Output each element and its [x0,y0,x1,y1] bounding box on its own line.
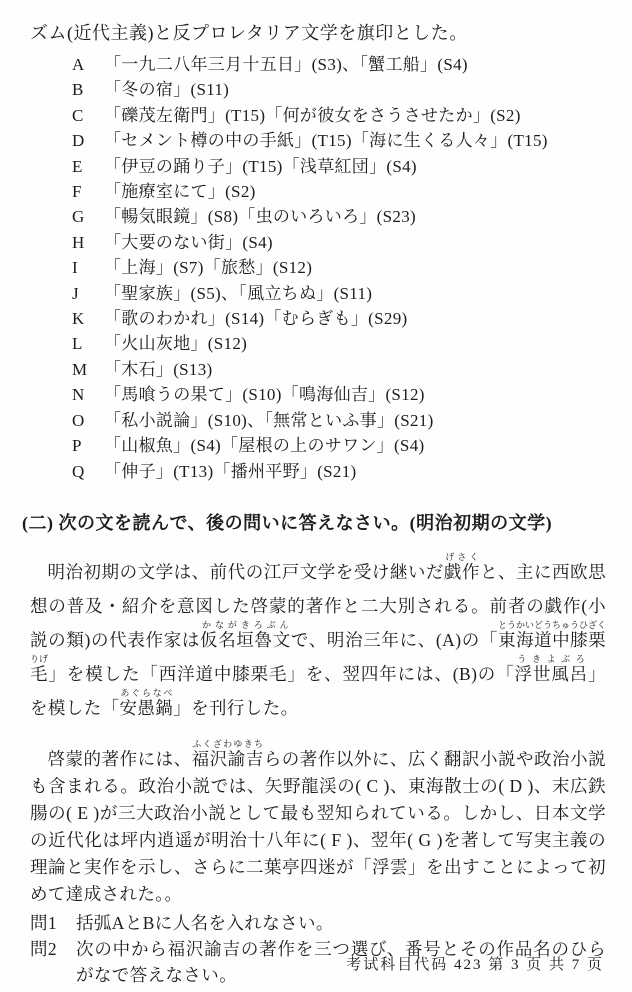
work-titles: 「山椒魚」(S4)「屋根の上のサワン」(S4) [104,433,606,458]
list-item: L「火山灰地」(S12) [30,331,606,356]
ruby-term: 浮世風呂うきよぶろ [515,664,589,684]
list-item: D「セメント樽の中の手紙」(T15)「海に生くる人々」(T15) [30,128,606,153]
work-letter: Q [72,459,104,484]
list-item: C「礫茂左衛門」(T15)「何が彼女をさうさせたか」(S2) [30,103,606,128]
work-letter: J [72,281,104,306]
work-titles: 「聖家族」(S5)、「風立ちぬ」(S11) [104,281,606,306]
ruby-term: 安愚鍋あぐらなべ [120,698,174,718]
question-label: 問2 [30,936,76,962]
work-titles: 「伊豆の踊り子」(T15)「浅草紅団」(S4) [104,154,606,179]
work-letter: L [72,331,104,356]
work-letter: C [72,103,104,128]
list-item: N「馬喰うの果て」(S10)「鳴海仙吉」(S12) [30,382,606,407]
work-letter: E [72,154,104,179]
list-item: P「山椒魚」(S4)「屋根の上のサワン」(S4) [30,433,606,458]
ruby-term: 戯作げさく [444,562,480,582]
list-item: A「一九二八年三月十五日」(S3)、「蟹工船」(S4) [30,52,606,77]
work-letter: H [72,230,104,255]
work-letter: A [72,52,104,77]
work-titles: 「木石」(S13) [104,357,606,382]
questions: 問1括弧AとBに人名を入れなさい。問2次の中から福沢諭吉の著作を三つ選び、番号と… [30,910,606,988]
ruby-term: 福沢諭吉ふくざわゆきち [192,749,264,769]
list-item: Q「伸子」(T13)「播州平野」(S21) [30,459,606,484]
work-titles: 「施療室にて」(S2) [104,179,606,204]
list-item: J「聖家族」(S5)、「風立ちぬ」(S11) [30,281,606,306]
work-letter: G [72,204,104,229]
work-letter: N [72,382,104,407]
work-titles: 「伸子」(T13)「播州平野」(S21) [104,459,606,484]
paragraph-2: 啓蒙的著作には、福沢諭吉ふくざわゆきちらの著作以外に、広く翻訳小説や政治小説も含… [30,739,606,908]
section-heading: (二) 次の文を読んで、後の問いに答えなさい。(明治初期の文学) [22,510,606,536]
list-item: I「上海」(S7)「旅愁」(S12) [30,255,606,280]
works-list: A「一九二八年三月十五日」(S3)、「蟹工船」(S4)B「冬の宿」(S11)C「… [30,52,606,484]
question-row: 問1括弧AとBに人名を入れなさい。 [30,910,606,936]
work-letter: O [72,408,104,433]
list-item: H「大要のない街」(S4) [30,230,606,255]
work-letter: I [72,255,104,280]
work-titles: 「セメント樽の中の手紙」(T15)「海に生くる人々」(T15) [104,128,606,153]
work-titles: 「歌のわかれ」(S14)「むらぎも」(S29) [104,306,606,331]
question-text: 括弧AとBに人名を入れなさい。 [76,910,606,936]
top-paragraph-continuation: ズム(近代主義)と反プロレタリア文学を旗印とした。 [30,20,606,46]
ruby-term: 仮名垣魯文かながきろぶん [200,630,291,650]
list-item: F「施療室にて」(S2) [30,179,606,204]
work-titles: 「上海」(S7)「旅愁」(S12) [104,255,606,280]
list-item: K「歌のわかれ」(S14)「むらぎも」(S29) [30,306,606,331]
list-item: E「伊豆の踊り子」(T15)「浅草紅団」(S4) [30,154,606,179]
work-titles: 「大要のない街」(S4) [104,230,606,255]
work-letter: K [72,306,104,331]
question-label: 問1 [30,910,76,936]
work-titles: 「礫茂左衛門」(T15)「何が彼女をさうさせたか」(S2) [104,103,606,128]
work-letter: D [72,128,104,153]
exam-page: ズム(近代主義)と反プロレタリア文学を旗印とした。 A「一九二八年三月十五日」(… [0,0,632,992]
work-letter: P [72,433,104,458]
work-titles: 「冬の宿」(S11) [104,77,606,102]
list-item: B「冬の宿」(S11) [30,77,606,102]
list-item: G「暢気眼鏡」(S8)「虫のいろいろ」(S23) [30,204,606,229]
work-titles: 「一九二八年三月十五日」(S3)、「蟹工船」(S4) [104,52,606,77]
work-letter: B [72,77,104,102]
work-titles: 「火山灰地」(S12) [104,331,606,356]
work-letter: F [72,179,104,204]
work-titles: 「私小説論」(S10)、「無常といふ事」(S21) [104,408,606,433]
work-titles: 「馬喰うの果て」(S10)「鳴海仙吉」(S12) [104,382,606,407]
list-item: O「私小説論」(S10)、「無常といふ事」(S21) [30,408,606,433]
page-footer: 考试科目代码 423 第 3 页 共 7 页 [346,953,604,974]
work-titles: 「暢気眼鏡」(S8)「虫のいろいろ」(S23) [104,204,606,229]
list-item: M「木石」(S13) [30,357,606,382]
work-letter: M [72,357,104,382]
paragraph-1: 明治初期の文学は、前代の江戸文学を受け継いだ戯作げさくと、主に西欧思想の普及・紹… [30,552,606,725]
